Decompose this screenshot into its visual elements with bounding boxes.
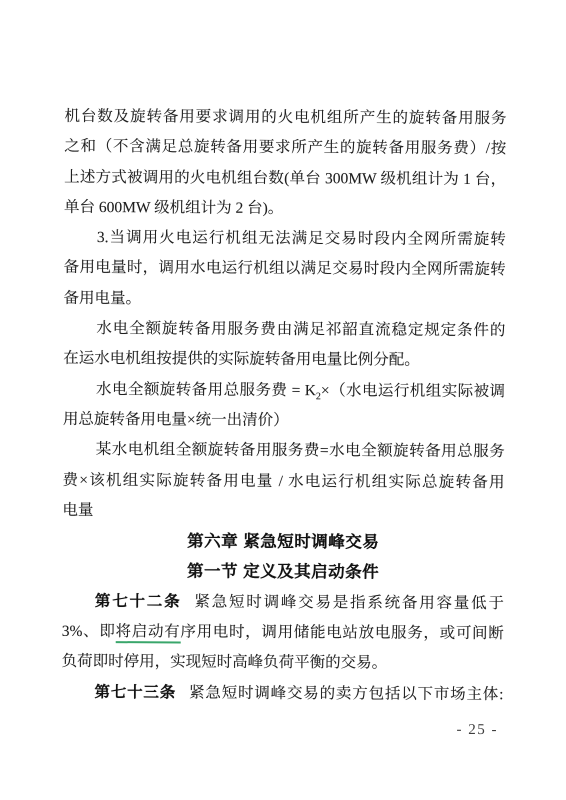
body-line: 费×该机组实际旋转备用电量 / 水电运行机组实际总旋转备用 — [62, 465, 504, 498]
body-line: 备用电量。 — [63, 284, 505, 317]
body-line: 上述方式被调用的火电机组台数(单台 300MW 级机组计为 1 台， — [64, 162, 506, 195]
article-73-text: 紧急短时调峰交易的卖方包括以下市场主体: — [189, 684, 503, 703]
article-72-line-3: 负荷即时停用，实现短时高峰负荷平衡的交易。 — [62, 647, 504, 680]
section-heading: 第一节 定义及其启动条件 — [62, 556, 504, 589]
page-number: - 25 - — [446, 722, 508, 739]
body-line: 机台数及旋转备用要求调用的火电机组所产生的旋转备用服务 — [64, 102, 506, 135]
article-72-text: 紧急短时调峰交易是指系统备用容量低于 — [194, 593, 504, 612]
article-73-line: 第七十三条紧急短时调峰交易的卖方包括以下市场主体: — [61, 677, 503, 710]
body-line: 之和（不含满足总旋转备用要求所产生的旋转备用服务费）/按 — [64, 132, 506, 165]
formula-prefix: 水电全额旋转备用总服务费 = K — [96, 381, 316, 399]
document-page: 机台数及旋转备用要求调用的火电机组所产生的旋转备用服务 之和（不含满足总旋转备用… — [0, 0, 566, 800]
text-block: 机台数及旋转备用要求调用的火电机组所产生的旋转备用服务 之和（不含满足总旋转备用… — [61, 102, 506, 710]
body-line: 3.当调用火电运行机组无法满足交易时段内全网所需旋转 — [64, 223, 506, 256]
article-72-line-1: 第七十二条紧急短时调峰交易是指系统备用容量低于 — [62, 587, 504, 620]
body-line: 用总旋转备用电量×统一出清价） — [63, 405, 505, 438]
body-line: 在运水电机组按提供的实际旋转备用电量比例分配。 — [63, 344, 505, 377]
article-72-text: 3%、即 — [62, 623, 116, 640]
article-72-text: 序用电时，调用储能电站放电服务，或可间断 — [180, 624, 503, 643]
body-line: 备用电量时，调用水电运行机组以满足交易时段内全网所需旋转 — [64, 253, 506, 286]
body-line: 单台 600MW 级机组计为 2 台)。 — [64, 193, 506, 226]
grammar-underline: 将启动有 — [116, 623, 181, 643]
article-72-number: 第七十二条 — [95, 593, 182, 610]
body-line: 电量 — [62, 496, 504, 529]
formula-line: 水电全额旋转备用总服务费 = K2×（水电运行机组实际被调 — [63, 375, 505, 408]
body-line: 某水电机组全额旋转备用服务费=水电全额旋转备用总服务 — [63, 435, 505, 468]
article-73-number: 第七十三条 — [94, 684, 176, 701]
chapter-heading: 第六章 紧急短时调峰交易 — [62, 526, 504, 559]
formula-suffix: ×（水电运行机组实际被调 — [321, 382, 505, 400]
body-line: 水电全额旋转备用服务费由满足祁韶直流稳定规定条件的 — [63, 314, 505, 347]
article-72-line-2: 3%、即将启动有序用电时，调用储能电站放电服务，或可间断 — [62, 617, 504, 650]
